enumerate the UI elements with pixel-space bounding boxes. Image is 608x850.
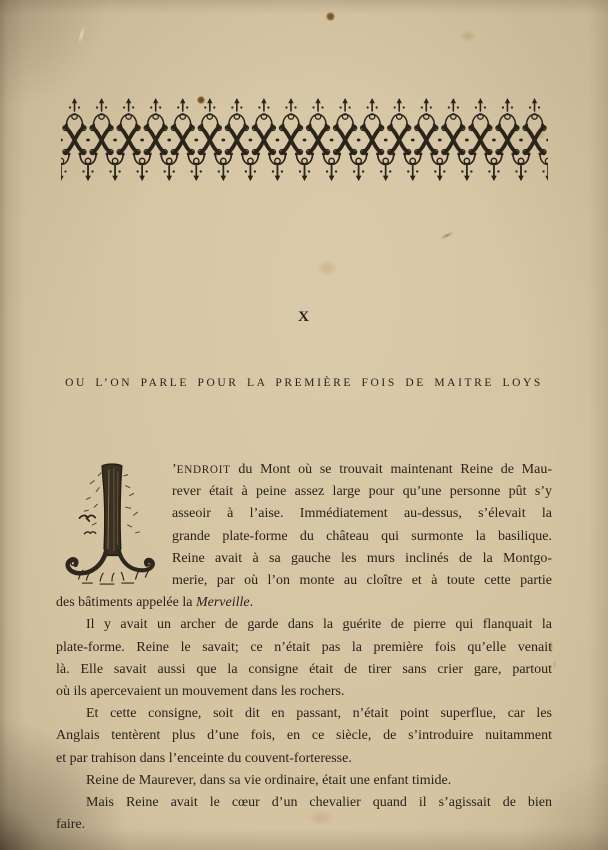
text-line: Reine de Maurever, dans sa vie ordinaire…: [56, 770, 552, 792]
dropcap-tree-trunk-illustration: [56, 462, 162, 586]
fleuron-band-ornament: [61, 98, 548, 186]
text-line: Mais Reine avait le cœur d’un chevalier …: [56, 792, 552, 814]
text-line: des bâtiments appelée la Merveille.: [56, 592, 552, 614]
paper-stain: [440, 231, 454, 240]
chapter-number: X: [0, 309, 608, 326]
paper-stain: [316, 260, 338, 276]
text-line: là. Elle savait aussi que la consigne ét…: [56, 659, 552, 681]
text-line: plate-forme. Reine le savait; ce n’était…: [56, 637, 552, 659]
paper-stain: [460, 30, 476, 42]
paper-stain: [326, 12, 335, 21]
text-line: et par trahison dans l’enceinte du couve…: [56, 748, 552, 770]
text-line: Il y avait un archer de garde dans la gu…: [56, 614, 552, 636]
chapter-title: OU L’ON PARLE POUR LA PREMIÈRE FOIS DE M…: [0, 377, 608, 389]
text-line: Anglais tentèrent plus d’une fois, en ce…: [56, 725, 552, 747]
body-text: ’ENDROIT du Mont où se trouvait maintena…: [56, 459, 552, 836]
paper-stain: [553, 660, 556, 669]
text-line: Et cette consigne, soit dit en passant, …: [56, 703, 552, 725]
book-page: X OU L’ON PARLE POUR LA PREMIÈRE FOIS DE…: [0, 0, 608, 850]
paper-stain: [77, 26, 85, 44]
text-line: faire.: [56, 814, 552, 836]
text-line: où ils apercevaient un mouvement dans le…: [56, 681, 552, 703]
